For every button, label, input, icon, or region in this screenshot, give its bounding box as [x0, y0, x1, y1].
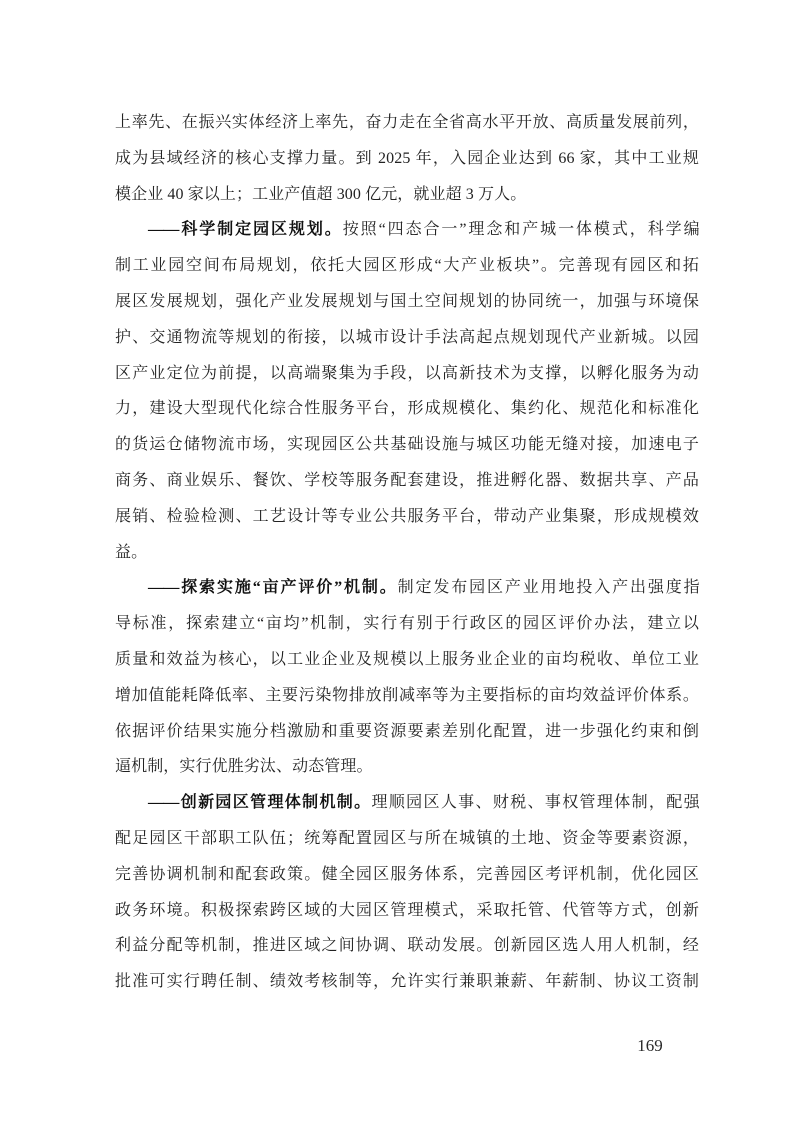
body-segment: 的货运仓储物流市场，实现园区公共基础设施与城区功能无缝对接，加速电子	[115, 436, 699, 453]
body-segment: 制定发布园区产业用地投入产出强度指	[398, 579, 699, 596]
text-line: 政务环境。积极探索跨区域的大园区管理模式，采取托管、代管等方式，创新	[115, 893, 699, 929]
body-segment: 商务、商业娱乐、餐饮、学校等服务配套建设，推进孵化器、数据共享、产品	[115, 472, 699, 489]
text-line: ——探索实施“亩产评价”机制。制定发布园区产业用地投入产出强度指	[115, 570, 699, 606]
body-segment: 导标准，探索建立“亩均”机制，实行有别于行政区的园区评价办法，建立以	[115, 615, 699, 632]
text-line: 上率先、在振兴实体经济上率先，奋力走在全省高水平开放、高质量发展前列，	[115, 105, 699, 141]
body-segment: 利益分配等机制，推进区域之间协调、联动发展。创新园区选人用人机制，经	[115, 937, 699, 954]
text-line: 益。	[115, 535, 699, 571]
document-page: 上率先、在振兴实体经济上率先，奋力走在全省高水平开放、高质量发展前列，成为县域经…	[0, 0, 793, 1122]
page-number: 169	[600, 1036, 700, 1056]
body-segment: 理顺园区人事、财税、事权管理体制，配强	[371, 794, 699, 811]
body-segment: 质量和效益为核心，以工业企业及规模以上服务业企业的亩均税收、单位工业	[115, 651, 699, 668]
body-segment: 益。	[115, 544, 147, 561]
body-segment: 力，建设大型现代化综合性服务平台，形成规模化、集约化、规范化和标准化	[115, 400, 699, 417]
heading-segment: ——科学制定园区规划。	[148, 221, 343, 238]
text-line: 力，建设大型现代化综合性服务平台，形成规模化、集约化、规范化和标准化	[115, 391, 699, 427]
body-segment: 制工业园空间布局规划，依托大园区形成“大产业板块”。完善现有园区和拓	[115, 257, 699, 274]
document-text: 上率先、在振兴实体经济上率先，奋力走在全省高水平开放、高质量发展前列，成为县域经…	[115, 105, 699, 1000]
body-segment: 区产业定位为前提，以高端聚集为手段，以高新技术为支撑，以孵化服务为动	[115, 365, 699, 382]
text-line: 护、交通物流等规划的衔接，以城市设计手法高起点规划现代产业新城。以园	[115, 320, 699, 356]
text-line: 展销、检验检测、工艺设计等专业公共服务平台，带动产业集聚，形成规模效	[115, 499, 699, 535]
text-line: 批准可实行聘任制、绩效考核制等，允许实行兼职兼薪、年薪制、协议工资制	[115, 964, 699, 1000]
text-line: ——科学制定园区规划。按照“四态合一”理念和产城一体模式，科学编	[115, 212, 699, 248]
body-segment: 依据评价结果实施分档激励和重要资源要素差别化配置，进一步强化约束和倒	[115, 723, 699, 740]
text-line: ——创新园区管理体制机制。理顺园区人事、财税、事权管理体制，配强	[115, 785, 699, 821]
body-segment: 展销、检验检测、工艺设计等专业公共服务平台，带动产业集聚，形成规模效	[115, 508, 699, 525]
text-line: 的货运仓储物流市场，实现园区公共基础设施与城区功能无缝对接，加速电子	[115, 427, 699, 463]
body-segment: 增加值能耗降低率、主要污染物排放削减率等为主要指标的亩均效益评价体系。	[115, 687, 699, 704]
text-line: 完善协调机制和配套政策。健全园区服务体系，完善园区考评机制，优化园区	[115, 857, 699, 893]
text-line: 配足园区干部职工队伍；统筹配置园区与所在城镇的土地、资金等要素资源，	[115, 821, 699, 857]
text-line: 逼机制，实行优胜劣汰、动态管理。	[115, 749, 699, 785]
text-line: 质量和效益为核心，以工业企业及规模以上服务业企业的亩均税收、单位工业	[115, 642, 699, 678]
body-segment: 完善协调机制和配套政策。健全园区服务体系，完善园区考评机制，优化园区	[115, 866, 699, 883]
body-segment: 按照“四态合一”理念和产城一体模式，科学编	[343, 221, 699, 238]
body-segment: 批准可实行聘任制、绩效考核制等，允许实行兼职兼薪、年薪制、协议工资制	[115, 973, 699, 990]
body-segment: 政务环境。积极探索跨区域的大园区管理模式，采取托管、代管等方式，创新	[115, 902, 699, 919]
heading-segment: ——创新园区管理体制机制。	[148, 794, 371, 811]
text-line: 成为县域经济的核心支撑力量。到 2025 年，入园企业达到 66 家，其中工业规	[115, 141, 699, 177]
body-segment: 配足园区干部职工队伍；统筹配置园区与所在城镇的土地、资金等要素资源，	[115, 830, 699, 847]
heading-segment: ——探索实施“亩产评价”机制。	[148, 579, 398, 596]
text-line: 模企业 40 家以上；工业产值超 300 亿元，就业超 3 万人。	[115, 177, 699, 213]
text-line: 依据评价结果实施分档激励和重要资源要素差别化配置，进一步强化约束和倒	[115, 714, 699, 750]
body-segment: 展区发展规划，强化产业发展规划与国土空间规划的协同统一，加强与环境保	[115, 293, 699, 310]
text-line: 利益分配等机制，推进区域之间协调、联动发展。创新园区选人用人机制，经	[115, 928, 699, 964]
body-segment: 护、交通物流等规划的衔接，以城市设计手法高起点规划现代产业新城。以园	[115, 329, 699, 346]
text-line: 制工业园空间布局规划，依托大园区形成“大产业板块”。完善现有园区和拓	[115, 248, 699, 284]
body-segment: 逼机制，实行优胜劣汰、动态管理。	[115, 758, 373, 775]
text-line: 商务、商业娱乐、餐饮、学校等服务配套建设，推进孵化器、数据共享、产品	[115, 463, 699, 499]
body-segment: 模企业 40 家以上；工业产值超 300 亿元，就业超 3 万人。	[115, 186, 526, 203]
text-line: 区产业定位为前提，以高端聚集为手段，以高新技术为支撑，以孵化服务为动	[115, 356, 699, 392]
body-segment: 上率先、在振兴实体经济上率先，奋力走在全省高水平开放、高质量发展前列，	[115, 114, 699, 131]
text-line: 导标准，探索建立“亩均”机制，实行有别于行政区的园区评价办法，建立以	[115, 606, 699, 642]
text-line: 展区发展规划，强化产业发展规划与国土空间规划的协同统一，加强与环境保	[115, 284, 699, 320]
body-segment: 成为县域经济的核心支撑力量。到 2025 年，入园企业达到 66 家，其中工业规	[115, 150, 699, 167]
text-line: 增加值能耗降低率、主要污染物排放削减率等为主要指标的亩均效益评价体系。	[115, 678, 699, 714]
